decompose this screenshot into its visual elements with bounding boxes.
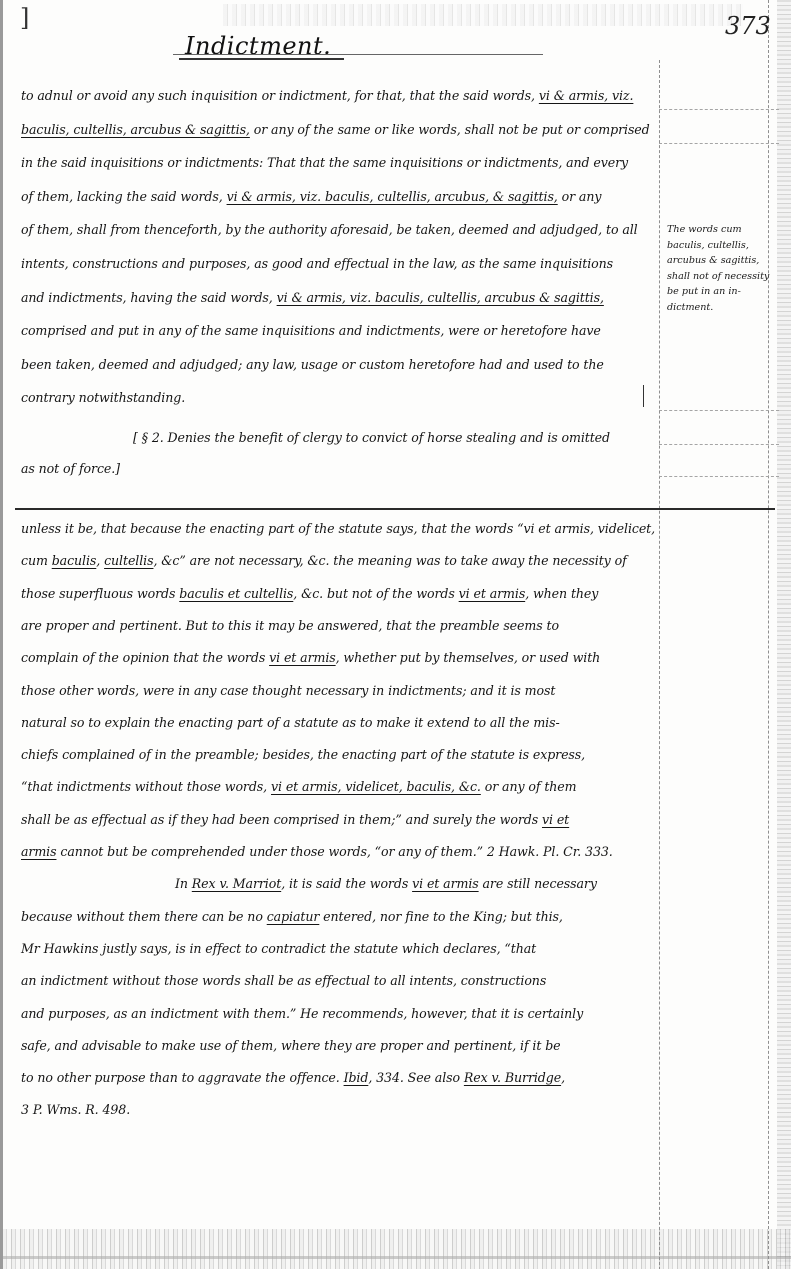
bracket-mark: ] (20, 4, 29, 32)
text-run: 2 Hawk. Pl. Cr. 333. (487, 844, 613, 859)
text-run: or any of them (481, 779, 577, 794)
text-run: , &c. but not of the words (293, 586, 458, 601)
underlined-phrase: vi & armis, viz. baculis, cultellis, arc… (227, 189, 558, 204)
text-line: cum baculis, cultellis, &c” are not nece… (21, 553, 627, 568)
title-underline (179, 58, 344, 60)
underlined-phrase: vi & armis, viz. baculis, cultellis, arc… (277, 290, 604, 305)
text-line: because without them there can be no cap… (21, 909, 563, 924)
text-line: baculis, cultellis, arcubus & sagittis, … (21, 122, 650, 137)
text-run: , (96, 553, 104, 568)
text-run: an indictment without those words shall … (21, 973, 546, 988)
underlined-phrase: vi & armis, viz. (539, 88, 634, 103)
section-note: [ § 2. Denies the benefit of clergy to c… (133, 430, 610, 445)
text-line: chiefs complained of in the preamble; be… (21, 747, 585, 762)
text-run: complain of the opinion that the words (21, 650, 269, 665)
text-line: safe, and advisable to make use of them,… (21, 1038, 561, 1053)
text-line: “that indictments without those words, v… (21, 779, 577, 794)
text-run: been taken, deemed and adjudged; any law… (21, 357, 604, 372)
text-line: those other words, were in any case thou… (21, 683, 555, 698)
text-run: of them, shall from thenceforth, by the … (21, 222, 638, 237)
underlined-phrase: baculis et cultellis (179, 586, 293, 601)
text-line: armis cannot but be comprehended under t… (21, 844, 613, 859)
underlined-phrase: baculis, cultellis, arcubus & sagittis, (21, 122, 250, 137)
section-note-cont: as not of force.] (21, 461, 120, 476)
text-line: comprised and put in any of the same inq… (21, 323, 601, 338)
title-rule (173, 54, 543, 55)
text-run: those other words, were in any case thou… (21, 683, 555, 698)
text-run: because without them there can be no (21, 909, 267, 924)
margin-note-line: baculis, cultellis, (667, 238, 767, 254)
margin-note-line: shall not of necessity (667, 269, 767, 285)
text-run: , when they (525, 586, 598, 601)
underlined-phrase: vi et armis (459, 586, 526, 601)
text-line: In Rex v. Marriot, it is said the words … (175, 876, 597, 891)
scan-edge-right (777, 0, 791, 1269)
text-run: 3 P. Wms. R. 498. (21, 1102, 130, 1117)
underlined-phrase: vi et armis, videlicet, baculis, &c. (271, 779, 481, 794)
margin-note-line: be put in an in- (667, 284, 767, 300)
text-line: been taken, deemed and adjudged; any law… (21, 357, 604, 372)
text-run: entered, nor fine to the King; but this, (319, 909, 563, 924)
text-run: contrary notwithstanding. (21, 390, 185, 405)
text-run: cannot but be comprehended under those w… (56, 844, 486, 859)
text-run: and purposes, as an indictment with them… (21, 1006, 583, 1021)
underlined-phrase: vi et armis (412, 876, 479, 891)
scan-noise-top (223, 4, 743, 26)
underlined-phrase: Rex v. Burridge (464, 1070, 561, 1085)
margin-note: The words cumbaculis, cultellis,arcubus … (667, 222, 767, 315)
text-line: of them, lacking the said words, vi & ar… (21, 189, 601, 204)
underlined-phrase: armis (21, 844, 56, 859)
text-run: “that indictments without those words, (21, 779, 271, 794)
text-run: , (561, 1070, 565, 1085)
text-run: , &c” are not necessary, &c. the meaning… (153, 553, 626, 568)
text-run: chiefs complained of in the preamble; be… (21, 747, 585, 762)
underlined-phrase: vi et (542, 812, 569, 827)
scan-edge-bottom (3, 1229, 791, 1269)
text-run: those superfluous words (21, 586, 179, 601)
text-run: shall be as effectual as if they had bee… (21, 812, 542, 827)
text-run: , it is said the words (281, 876, 412, 891)
margin-dash-line (659, 410, 779, 411)
text-line: to no other purpose than to aggravate th… (21, 1070, 565, 1085)
margin-dash-line (659, 143, 779, 144)
text-line: and indictments, having the said words, … (21, 290, 604, 305)
underlined-phrase: capiatur (267, 909, 320, 924)
text-line: those superfluous words baculis et culte… (21, 586, 598, 601)
text-run: or any (558, 189, 602, 204)
text-run: or any of the same or like words, shall … (250, 122, 650, 137)
text-line: are proper and pertinent. But to this it… (21, 618, 559, 633)
text-line: intents, constructions and purposes, as … (21, 256, 613, 271)
margin-note-line: arcubus & sagittis, (667, 253, 767, 269)
manuscript-page: ] 373 Indictment. to adnul or avoid any … (0, 0, 791, 1269)
text-run: Mr Hawkins justly says, is in effect to … (21, 941, 536, 956)
text-run: In (175, 876, 192, 891)
text-line: shall be as effectual as if they had bee… (21, 812, 569, 827)
text-line: to adnul or avoid any such inquisition o… (21, 88, 633, 103)
text-line: Mr Hawkins justly says, is in effect to … (21, 941, 536, 956)
text-run: unless it be, that because the enacting … (21, 521, 655, 536)
text-run: are still necessary (479, 876, 597, 891)
margin-dash-line (659, 476, 779, 477)
page-title: Indictment. (185, 32, 331, 60)
margin-rule-outer (768, 0, 769, 1269)
text-line: contrary notwithstanding. (21, 390, 185, 405)
text-run: natural so to explain the enacting part … (21, 715, 560, 730)
margin-tick (643, 385, 644, 407)
page-number: 373 (725, 12, 771, 40)
text-line: 3 P. Wms. R. 498. (21, 1102, 130, 1117)
section-divider (15, 508, 775, 510)
text-run: cum (21, 553, 52, 568)
text-run: in the said inquisitions or indictments:… (21, 155, 628, 170)
text-run: intents, constructions and purposes, as … (21, 256, 613, 271)
text-line: of them, shall from thenceforth, by the … (21, 222, 638, 237)
underlined-phrase: vi et armis (269, 650, 336, 665)
margin-rule-inner (659, 60, 660, 1269)
text-run: , whether put by themselves, or used wit… (336, 650, 601, 665)
text-run: comprised and put in any of the same inq… (21, 323, 601, 338)
text-line: unless it be, that because the enacting … (21, 521, 655, 536)
underlined-phrase: Rex v. Marriot (192, 876, 281, 891)
underlined-phrase: Ibid (344, 1070, 369, 1085)
text-run: , 334. See also (368, 1070, 464, 1085)
underlined-phrase: cultellis (104, 553, 153, 568)
margin-note-line: The words cum (667, 222, 767, 238)
margin-note-line: dictment. (667, 300, 767, 316)
text-run: are proper and pertinent. But to this it… (21, 618, 559, 633)
text-run: and indictments, having the said words, (21, 290, 277, 305)
margin-dash-line (659, 109, 779, 110)
text-line: in the said inquisitions or indictments:… (21, 155, 628, 170)
text-line: natural so to explain the enacting part … (21, 715, 560, 730)
margin-dash-line (659, 444, 779, 445)
text-run: to adnul or avoid any such inquisition o… (21, 88, 539, 103)
underlined-phrase: baculis (52, 553, 97, 568)
text-run: of them, lacking the said words, (21, 189, 227, 204)
text-run: safe, and advisable to make use of them,… (21, 1038, 561, 1053)
text-line: complain of the opinion that the words v… (21, 650, 600, 665)
text-line: an indictment without those words shall … (21, 973, 546, 988)
text-run: to no other purpose than to aggravate th… (21, 1070, 344, 1085)
text-line: and purposes, as an indictment with them… (21, 1006, 583, 1021)
